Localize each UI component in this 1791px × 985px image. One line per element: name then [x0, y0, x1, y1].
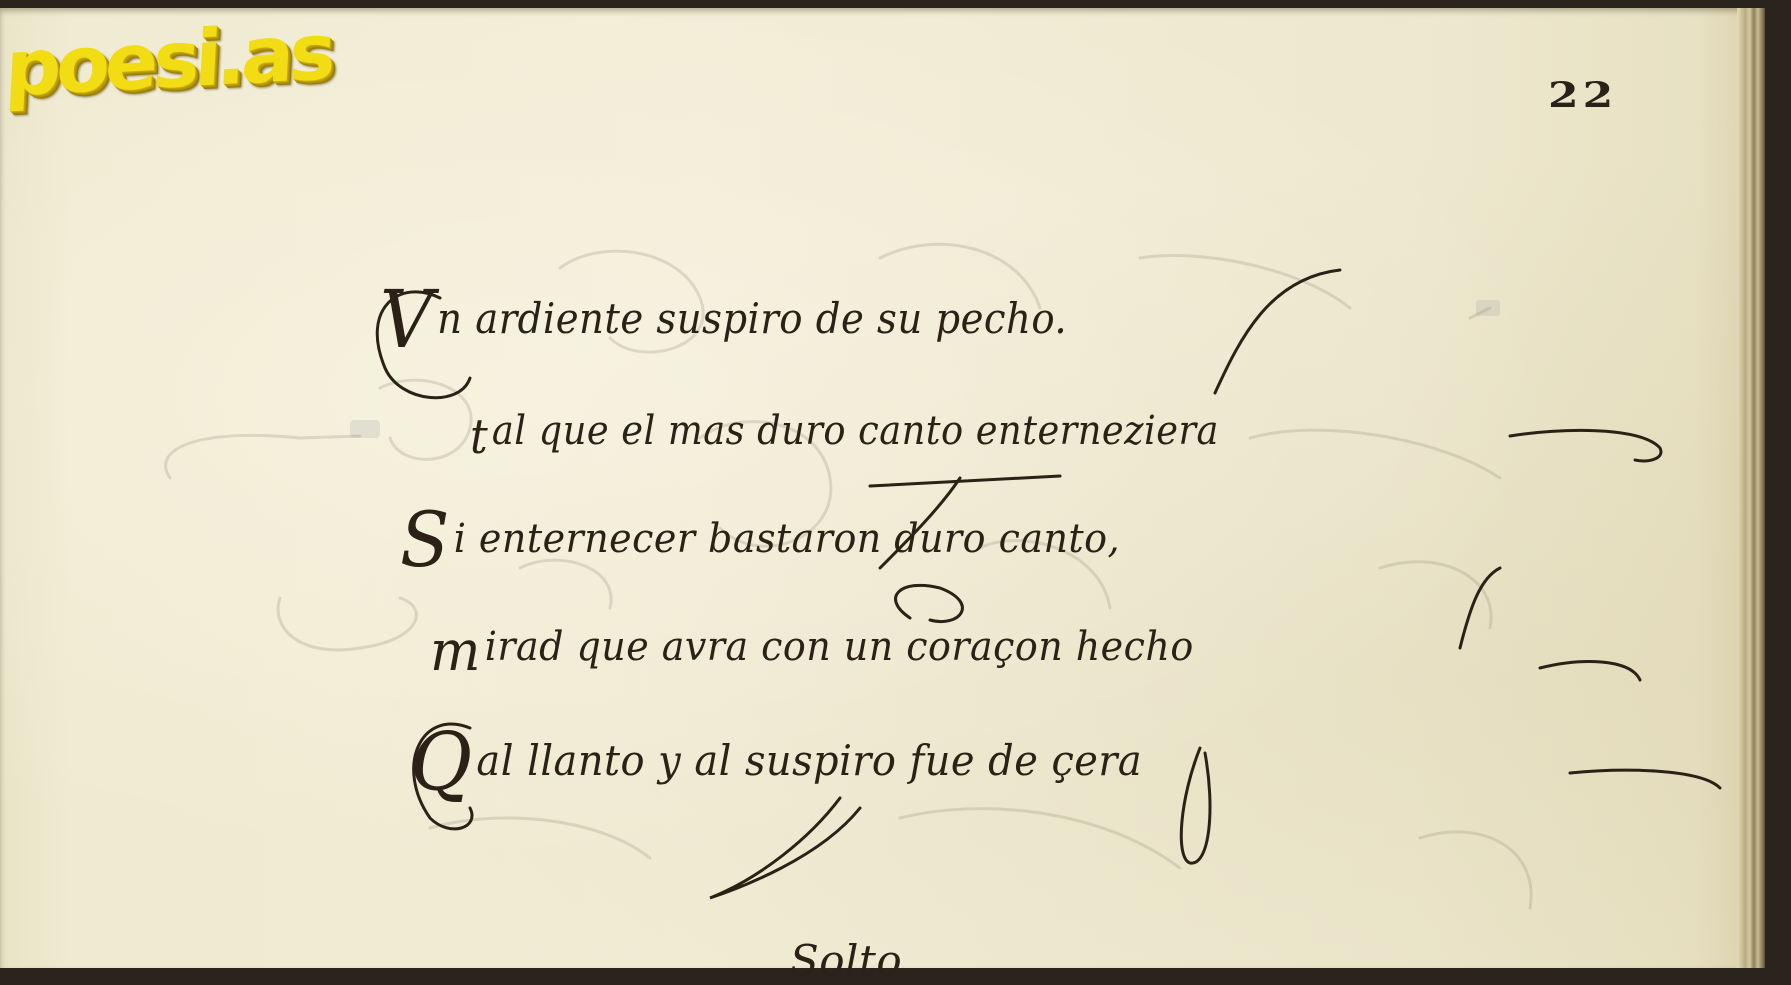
bleed-through-ink	[0, 8, 1765, 960]
line-text: al llanto y al suspiro fue de çera	[476, 736, 1142, 785]
page-number: 22	[1548, 76, 1617, 116]
poem-line-5: Qal llanto y al suspiro fue de çera	[410, 736, 1142, 785]
poem-line-1: Vn ardiente suspiro de su pecho.	[380, 294, 1067, 343]
line-text: Solto	[790, 936, 902, 960]
line-text: i enternecer bastaron duro canto,	[454, 516, 1120, 562]
manuscript-page: poesi.as 22 Vn ardiente suspiro de su pe…	[0, 8, 1765, 960]
line-initial: S	[400, 495, 450, 584]
calligraphic-flourishes	[0, 8, 1765, 960]
line-text: irad que avra con un coraçon hecho	[485, 624, 1194, 670]
poem-line-4: mirad que avra con un coraçon hecho	[430, 624, 1194, 670]
poesi-as-watermark-logo: poesi.as	[3, 14, 333, 109]
line-initial: m	[430, 619, 481, 684]
line-text: n ardiente suspiro de su pecho.	[437, 294, 1067, 343]
poem-line-2: tal que el mas duro canto enterneziera	[470, 408, 1219, 454]
line-initial: t	[470, 409, 488, 465]
line-text: al que el mas duro canto enterneziera	[492, 408, 1219, 454]
book-spine-edge	[1737, 8, 1765, 960]
line-initial: Q	[410, 715, 473, 808]
poem-line-partial: Solto	[790, 936, 902, 960]
line-initial: V	[380, 273, 433, 366]
poem-line-3: Si enternecer bastaron duro canto,	[400, 516, 1120, 562]
